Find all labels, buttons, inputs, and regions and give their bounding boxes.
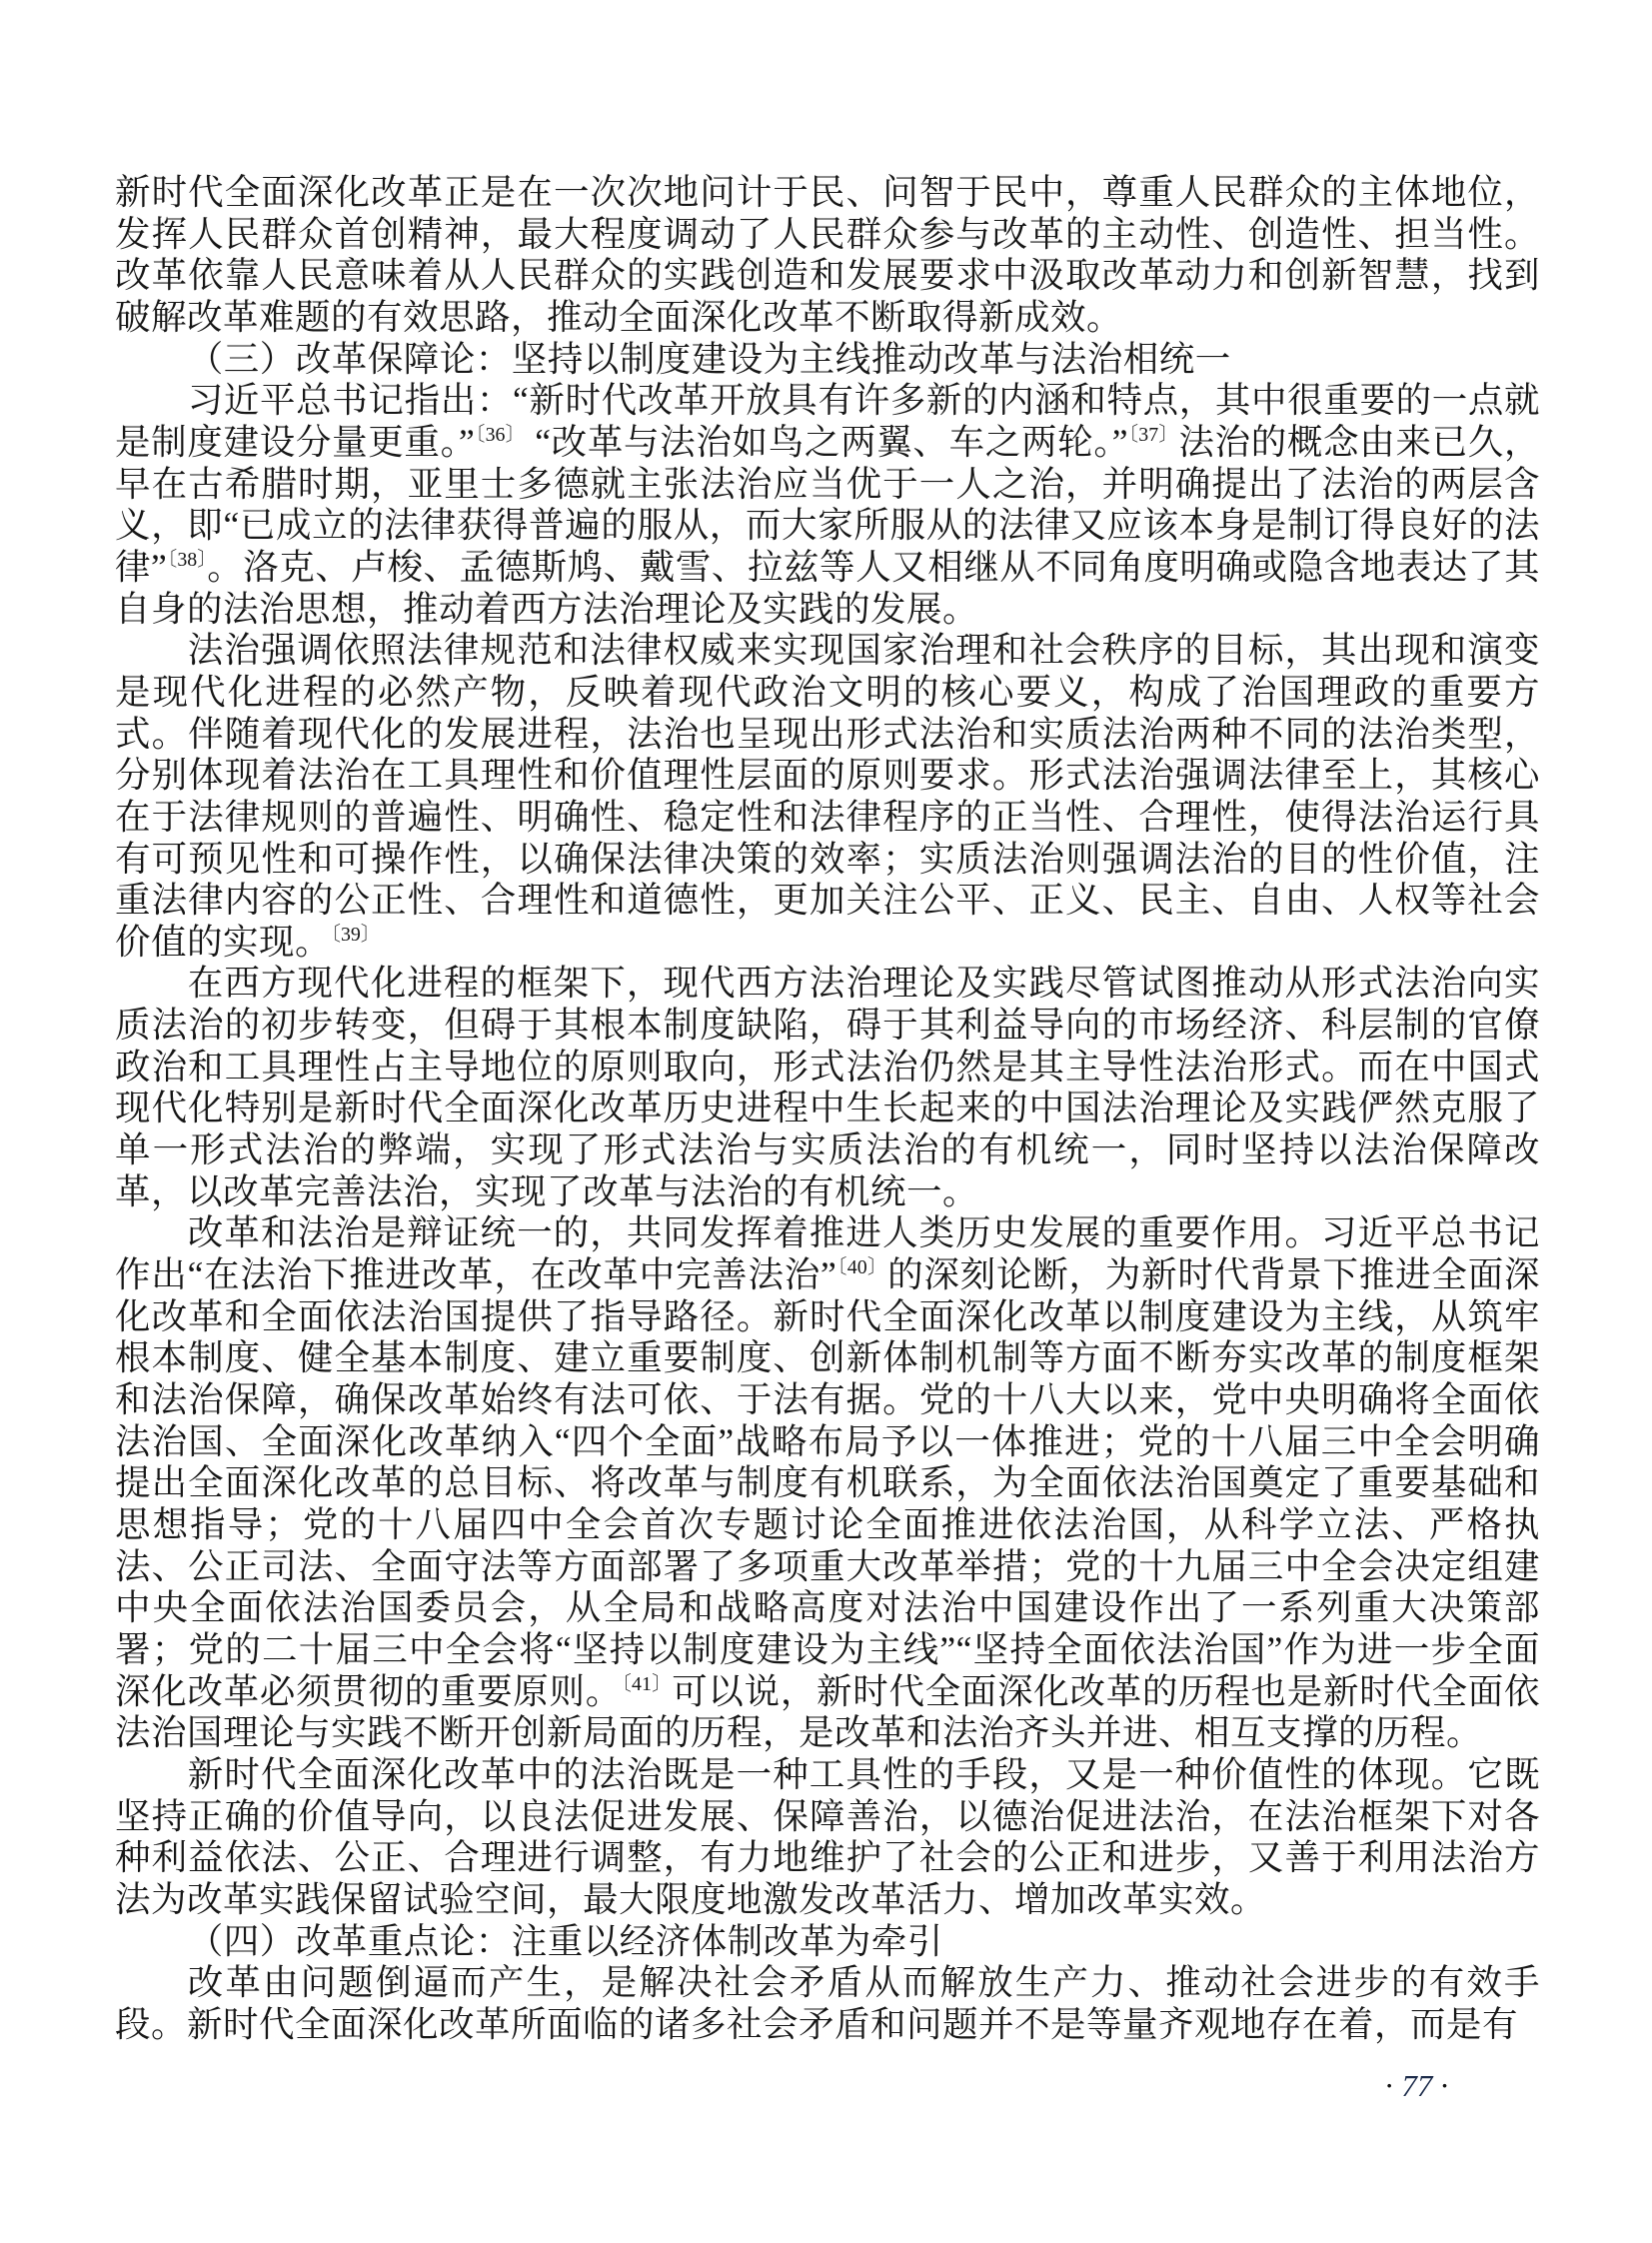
text-run: 法治强调依照法律规范和法律权威来实现国家治理和社会秩序的目标，其出现和演变是现代…	[115, 630, 1540, 962]
footnote-marker: 〔39〕	[331, 924, 381, 946]
section-heading: （三）改革保障论：坚持以制度建设为主线推动改革与法治相统一	[115, 339, 1540, 381]
text-run: 新时代全面深化改革中的法治既是一种工具性的手段，又是一种价值性的体现。它既坚持正…	[115, 1754, 1540, 1919]
text-run: 的深刻论断，为新时代背景下推进全面深化改革和全面依法治国提供了指导路径。新时代全…	[115, 1254, 1540, 1711]
footnote-marker: 〔41〕	[622, 1673, 672, 1695]
text-run: 。洛克、卢梭、孟德斯鸠、戴雪、拉兹等人又相继从不同角度明确或隐含地表达了其自身的…	[115, 547, 1540, 629]
paragraph: 习近平总书记指出：“新时代改革开放具有许多新的内涵和特点，其中很重要的一点就是制…	[115, 380, 1540, 630]
paragraph: 在西方现代化进程的框架下，现代西方法治理论及实践尽管试图推动从形式法治向实质法治…	[115, 963, 1540, 1212]
footnote-marker: 〔36〕	[475, 424, 525, 446]
paragraph: 改革由问题倒逼而产生，是解决社会矛盾从而解放生产力、推动社会进步的有效手段。新时…	[115, 1962, 1540, 2045]
footnote-marker: 〔38〕	[167, 549, 207, 571]
text-run: （三）改革保障论：坚持以制度建设为主线推动改革与法治相统一	[188, 339, 1231, 379]
page-body: 新时代全面深化改革正是在一次次地问计于民、问智于民中，尊重人民群众的主体地位，发…	[115, 172, 1540, 2046]
paragraph: 新时代全面深化改革正是在一次次地问计于民、问智于民中，尊重人民群众的主体地位，发…	[115, 172, 1540, 339]
page-number-right-dot: ·	[1432, 2068, 1456, 2103]
text-run: “改革与法治如鸟之两翼、车之两轮。”	[526, 422, 1128, 462]
text-run: （四）改革重点论：注重以经济体制改革为牵引	[188, 1921, 943, 1961]
section-heading: （四）改革重点论：注重以经济体制改革为牵引	[115, 1921, 1540, 1963]
text-run: 在西方现代化进程的框架下，现代西方法治理论及实践尽管试图推动从形式法治向实质法治…	[115, 963, 1540, 1210]
footnote-marker: 〔37〕	[1128, 424, 1178, 446]
page-number-value: 77	[1401, 2068, 1432, 2103]
page-number-left-dot: ·	[1377, 2068, 1401, 2103]
paragraph: 改革和法治是辩证统一的，共同发挥着推进人类历史发展的重要作用。习近平总书记作出“…	[115, 1212, 1540, 1754]
text-run: 改革由问题倒逼而产生，是解决社会矛盾从而解放生产力、推动社会进步的有效手段。新时…	[115, 1962, 1540, 2044]
footnote-marker: 〔40〕	[836, 1256, 887, 1278]
paragraph: 新时代全面深化改革中的法治既是一种工具性的手段，又是一种价值性的体现。它既坚持正…	[115, 1754, 1540, 1921]
paragraph: 法治强调依照法律规范和法律权威来实现国家治理和社会秩序的目标，其出现和演变是现代…	[115, 630, 1540, 963]
page-number: ·77·	[1377, 2067, 1457, 2105]
text-run: 新时代全面深化改革正是在一次次地问计于民、问智于民中，尊重人民群众的主体地位，发…	[115, 172, 1540, 337]
document-page: 新时代全面深化改革正是在一次次地问计于民、问智于民中，尊重人民群众的主体地位，发…	[0, 0, 1652, 2243]
